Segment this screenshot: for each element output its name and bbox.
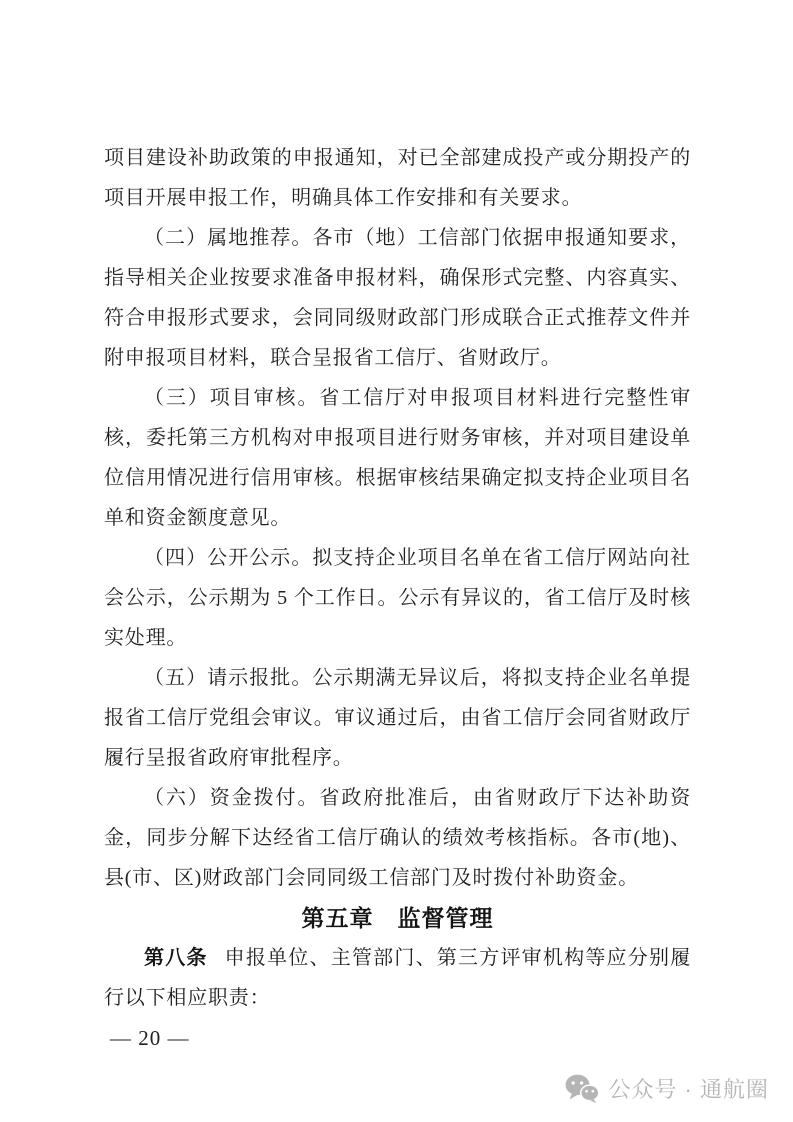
paragraph-item-3: （三）项目审核。省工信厅对申报项目材料进行完整性审核，委托第三方机构对申报项目进… xyxy=(104,378,691,538)
document-page: 项目建设补助政策的申报通知，对已全部建成投产或分期投产的项目开展申报工作，明确具… xyxy=(0,0,793,1122)
page-number: — 20 — xyxy=(110,1026,190,1050)
document-body: 项目建设补助政策的申报通知，对已全部建成投产或分期投产的项目开展申报工作，明确具… xyxy=(104,138,691,1018)
chapter-heading: 第五章 监督管理 xyxy=(104,898,691,938)
article-paragraph: 第八条申报单位、主管部门、第三方评审机构等应分别履行以下相应职责： xyxy=(104,938,691,1018)
paragraph-item-6: （六）资金拨付。省政府批准后，由省财政厅下达补助资金，同步分解下达经省工信厅确认… xyxy=(104,778,691,898)
article-number-label: 第八条 xyxy=(144,947,208,969)
paragraph-item-5: （五）请示报批。公示期满无异议后，将拟支持企业名单提报省工信厅党组会审议。审议通… xyxy=(104,658,691,778)
paragraph-item-4: （四）公开公示。拟支持企业项目名单在省工信厅网站向社会公示，公示期为 5 个工作… xyxy=(104,538,691,658)
paragraph-continuation: 项目建设补助政策的申报通知，对已全部建成投产或分期投产的项目开展申报工作，明确具… xyxy=(104,138,691,218)
watermark-label: 公众号 · 通航圈 xyxy=(608,1073,769,1104)
paragraph-item-2: （二）属地推荐。各市（地）工信部门依据申报通知要求，指导相关企业按要求准备申报材… xyxy=(104,218,691,378)
wechat-icon xyxy=(565,1074,599,1103)
watermark: 公众号 · 通航圈 xyxy=(565,1073,769,1104)
